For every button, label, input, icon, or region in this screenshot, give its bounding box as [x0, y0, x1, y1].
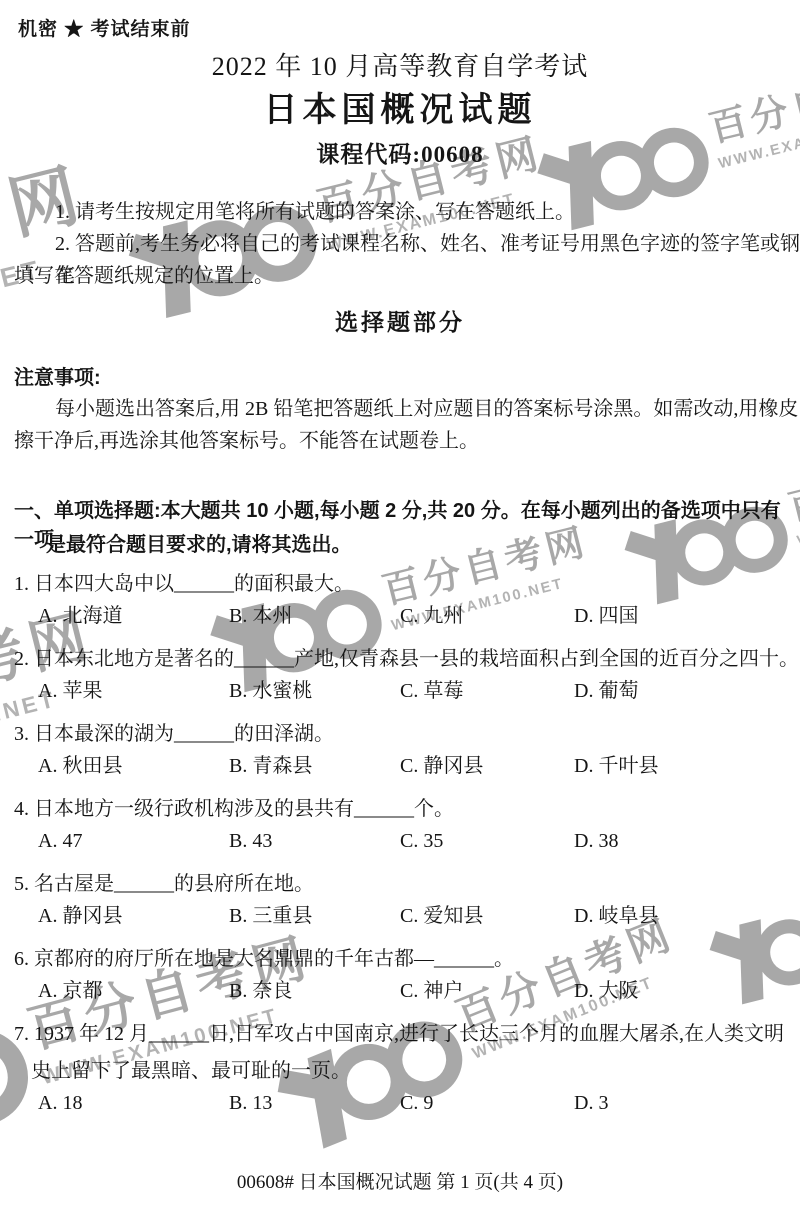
question-2: 2. 日本东北地方是著名的______产地,仅青森县一县的栽培面积占到全国的近百…: [14, 641, 800, 703]
option-7-d: D. 3: [574, 1091, 800, 1115]
option-4-d: D. 38: [574, 829, 800, 853]
option-7-b: B. 13: [229, 1091, 400, 1115]
question-5-text: 5. 名古屋是______的县府所在地。: [14, 866, 800, 903]
section-title: 选择题部分: [0, 304, 800, 337]
option-5-a: A. 静冈县: [38, 904, 229, 928]
page-footer: 00608# 日本国概况试题 第 1 页(共 4 页): [0, 1167, 800, 1194]
instruction-1: 1. 请考生按规定用笔将所有试题的答案涂、写在答题纸上。: [55, 196, 575, 228]
option-1-b: B. 本州: [229, 604, 400, 628]
option-6-d: D. 大阪: [574, 979, 800, 1003]
exam-title: 2022 年 10 月高等教育自学考试: [0, 46, 800, 83]
question-7: 7. 1937 年 12 月______日,日军攻占中国南京,进行了长达三个月的…: [14, 1016, 800, 1115]
option-4-b: B. 43: [229, 829, 400, 853]
question-3: 3. 日本最深的湖为______的田泽湖。 A. 秋田县 B. 青森县 C. 静…: [14, 716, 800, 778]
classification-label: 机密 ★ 考试结束前: [18, 14, 191, 41]
option-2-b: B. 水蜜桃: [229, 679, 400, 703]
option-2-d: D. 葡萄: [574, 679, 800, 703]
notice-heading: 注意事项:: [14, 361, 101, 390]
question-2-text: 2. 日本东北地方是著名的______产地,仅青森县一县的栽培面积占到全国的近百…: [14, 641, 800, 678]
option-5-d: D. 岐阜县: [574, 904, 800, 928]
exam-subject-title: 日本国概况试题: [0, 82, 800, 131]
option-3-d: D. 千叶县: [574, 754, 800, 778]
question-5: 5. 名古屋是______的县府所在地。 A. 静冈县 B. 三重县 C. 爱知…: [14, 866, 800, 928]
option-1-d: D. 四国: [574, 604, 800, 628]
option-3-a: A. 秋田县: [38, 754, 229, 778]
option-3-b: B. 青森县: [229, 754, 400, 778]
option-6-b: B. 奈良: [229, 979, 400, 1003]
option-7-c: C. 9: [400, 1091, 574, 1115]
question-6: 6. 京都府的府厅所在地是大名鼎鼎的千年古都—______。 A. 京都 B. …: [14, 941, 800, 1003]
notice-line1: 每小题选出答案后,用 2B 铅笔把答题纸上对应题目的答案标号涂黑。如需改动,用橡…: [55, 393, 798, 425]
option-3-c: C. 静冈县: [400, 754, 574, 778]
course-code: 课程代码:00608: [0, 136, 800, 169]
option-5-c: C. 爱知县: [400, 904, 574, 928]
question-1-text: 1. 日本四大岛中以______的面积最大。: [14, 566, 800, 603]
option-1-c: C. 九州: [400, 604, 574, 628]
question-1: 1. 日本四大岛中以______的面积最大。 A. 北海道 B. 本州 C. 九…: [14, 566, 800, 628]
option-2-a: A. 苹果: [38, 679, 229, 703]
notice-line2: 擦干净后,再选涂其他答案标号。不能答在试题卷上。: [14, 425, 479, 457]
option-2-c: C. 草莓: [400, 679, 574, 703]
option-7-a: A. 18: [38, 1091, 229, 1115]
instruction-2-line2: 填写在答题纸规定的位置上。: [14, 260, 274, 292]
option-6-c: C. 神户: [400, 979, 574, 1003]
question-4: 4. 日本地方一级行政机构涉及的县共有______个。 A. 47 B. 43 …: [14, 791, 800, 853]
option-1-a: A. 北海道: [38, 604, 229, 628]
option-6-a: A. 京都: [38, 979, 229, 1003]
option-4-c: C. 35: [400, 829, 574, 853]
option-5-b: B. 三重县: [229, 904, 400, 928]
question-4-text: 4. 日本地方一级行政机构涉及的县共有______个。: [14, 791, 800, 828]
option-4-a: A. 47: [38, 829, 229, 853]
exam-paper-page: 百分自考网WWW.EXAM100.NET 百分自考网WWW.EXAM100.NE…: [0, 0, 800, 1210]
question-7-text-line2: 史上留下了最黑暗、最可耻的一页。: [14, 1053, 800, 1090]
part-heading-line2: 是最符合题目要求的,请将其选出。: [46, 528, 352, 557]
question-7-text: 7. 1937 年 12 月______日,日军攻占中国南京,进行了长达三个月的…: [14, 1016, 800, 1053]
question-3-text: 3. 日本最深的湖为______的田泽湖。: [14, 716, 800, 753]
question-6-text: 6. 京都府的府厅所在地是大名鼎鼎的千年古都—______。: [14, 941, 800, 978]
